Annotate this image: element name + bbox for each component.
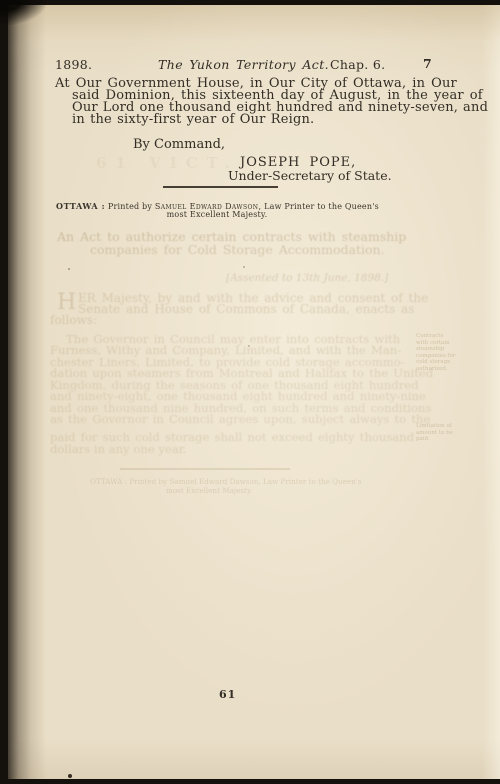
header-year: 1898. [55, 57, 92, 72]
ghost-margin-note: Contracts with certain steamship compani… [416, 333, 456, 373]
ghost-separator-rule [120, 468, 290, 470]
edge-speck [68, 774, 72, 778]
ghost-enacting-line: Senate and House of Commons of Canada, e… [78, 302, 414, 316]
paper-page: 61 VICT. An Act to authorize certain con… [8, 5, 500, 779]
ghost-margin-note: Limitation of amount to be paid. [416, 423, 456, 443]
separator-rule [163, 186, 278, 188]
ghost-heading-caps: 61 VICT. [96, 154, 239, 172]
ghost-dropcap: H [57, 290, 76, 315]
header-chapter: Chap. 6. [330, 57, 385, 72]
ghost-enacting-line: follows: [50, 313, 97, 327]
header-running-title: The Yukon Territory Act. [158, 57, 329, 72]
paper-speck [243, 266, 245, 268]
ghost-body-line: dollars in any one year. [50, 442, 187, 456]
paper-speck [68, 268, 70, 270]
ghost-imprint-line: most Excellent Majesty. [166, 486, 252, 495]
page-corner-shadow [0, 0, 46, 25]
ghost-assent-line: [Assented to 13th June, 1898.] [226, 272, 388, 284]
imprint-line-2: most Excellent Majesty. [56, 210, 378, 219]
by-command-line: By Command, [133, 137, 225, 152]
page-number: 61 [219, 688, 236, 701]
header-folio: 7 [423, 56, 432, 71]
signature-title: Under-Secretary of State. [228, 168, 392, 183]
scanned-page-photo: 61 VICT. An Act to authorize certain con… [0, 0, 500, 784]
ghost-act-title-line: companies for Cold Storage Accommodation… [90, 242, 385, 257]
ghost-body-line: as the Governor in Council agrees upon, … [50, 412, 430, 426]
paper-speck [445, 95, 447, 97]
ghost-imprint-line: OTTAWA : Printed by Samuel Edward Dawson… [90, 477, 361, 486]
paper-speck [248, 345, 250, 347]
binding-gutter-shadow [8, 5, 46, 779]
body-text-line: in the sixty-first year of Our Reign. [72, 112, 314, 127]
